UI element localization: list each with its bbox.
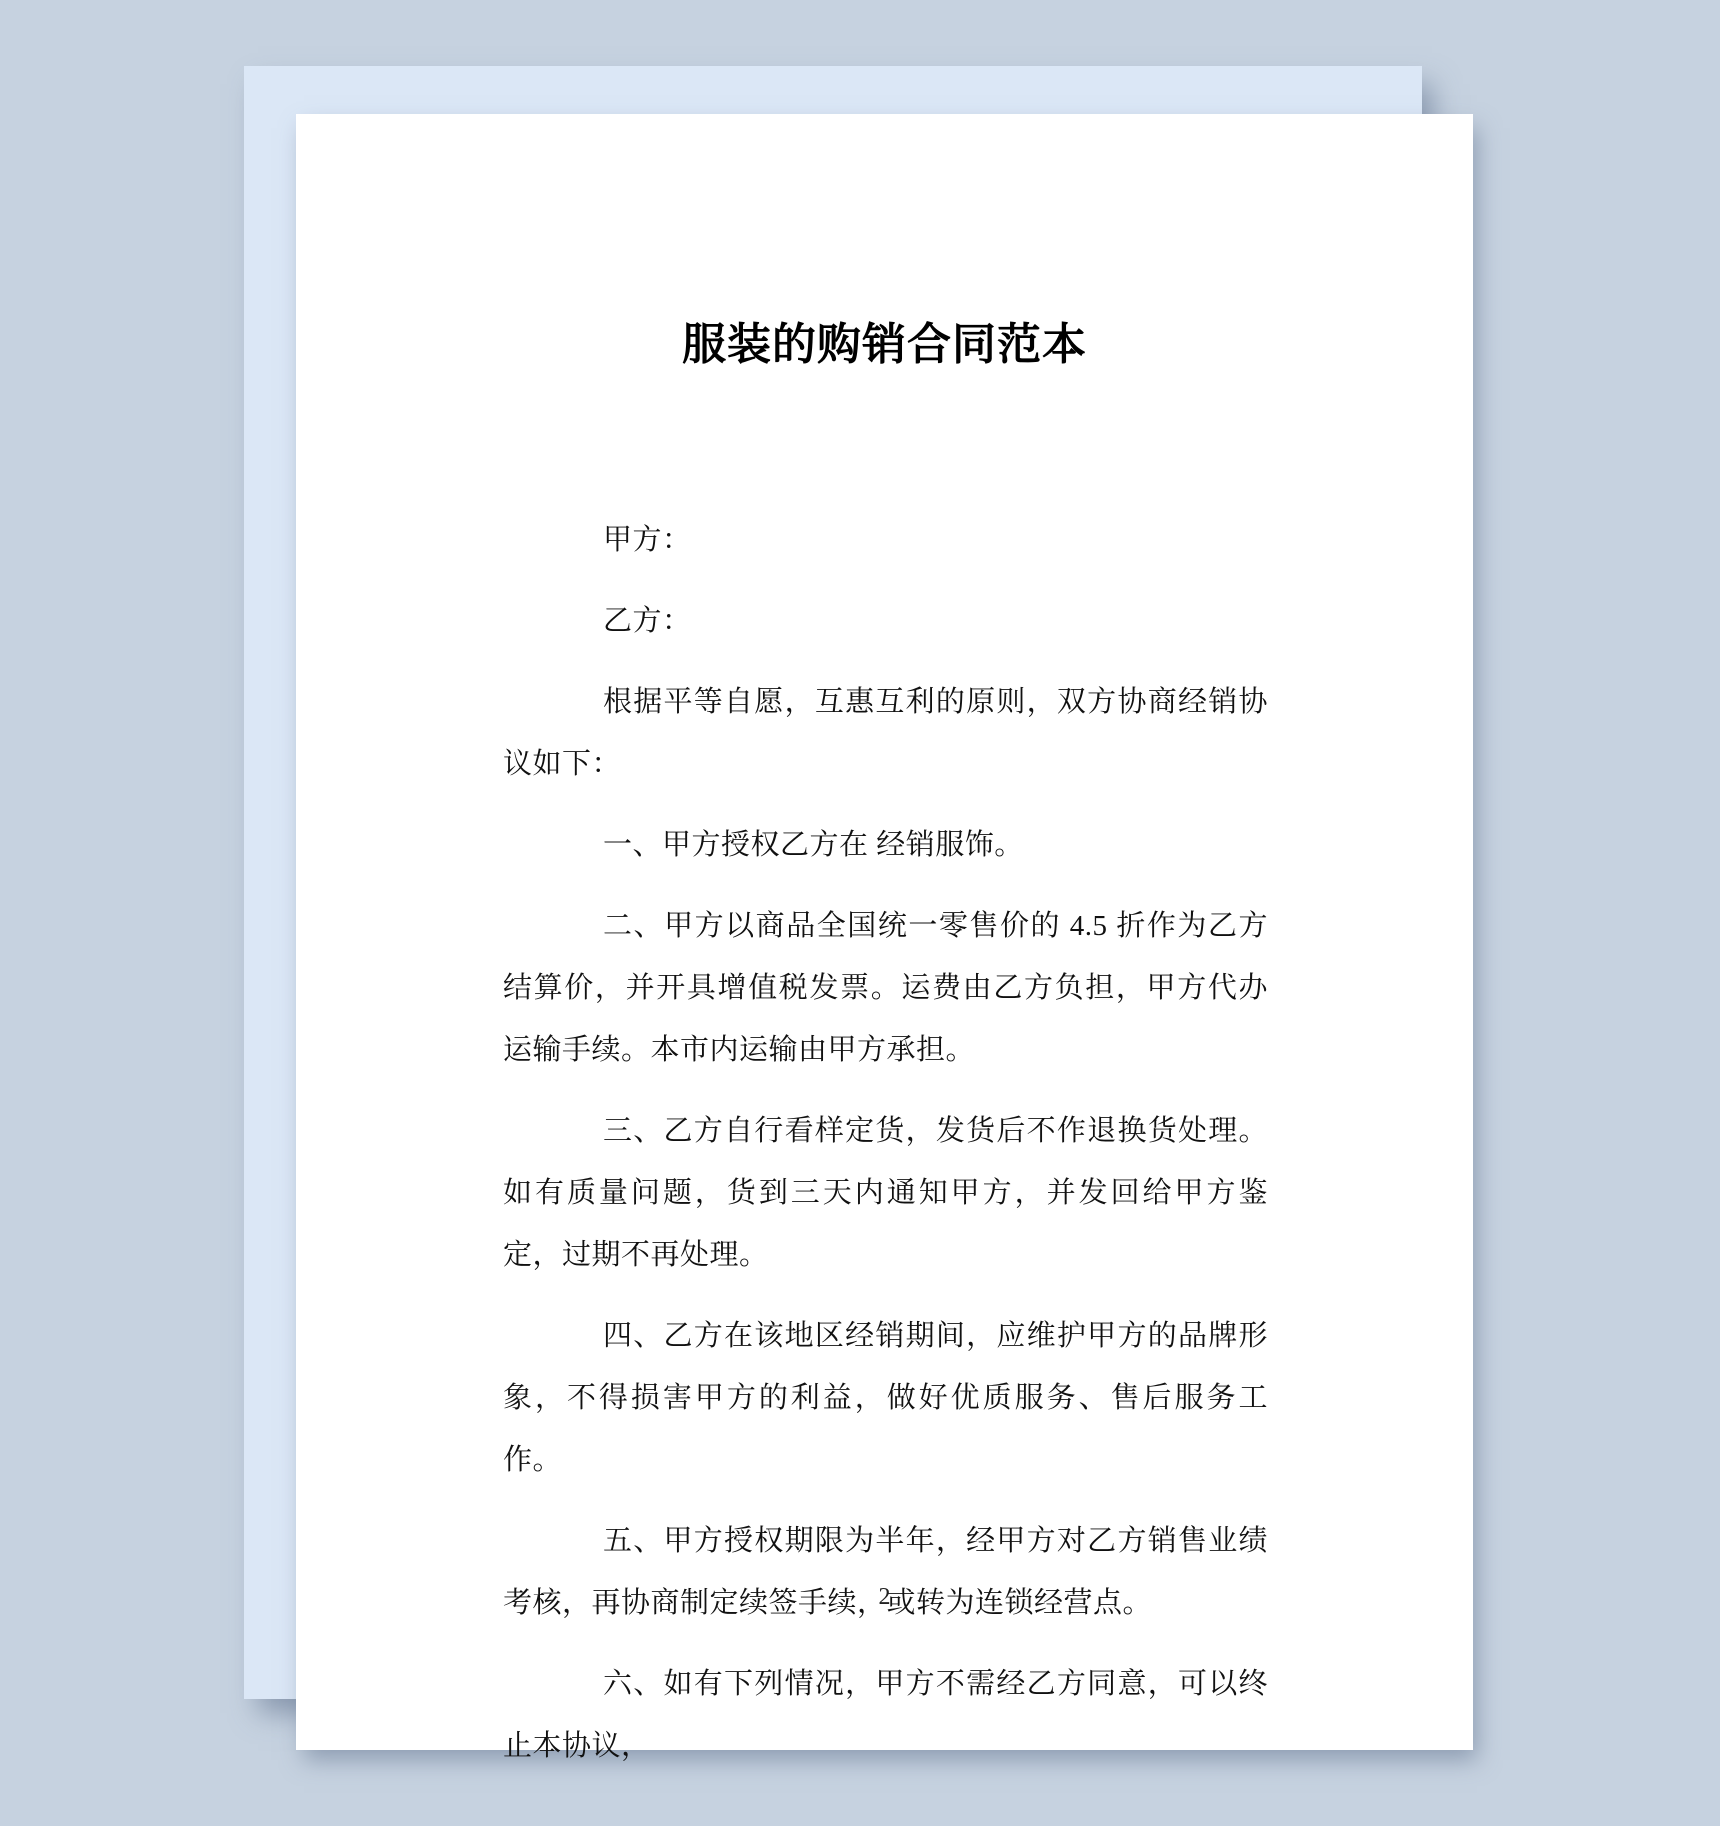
paragraph: 六、如有下列情况，甲方不需经乙方同意，可以终止本协议，: [503, 1653, 1268, 1777]
paragraph: 五、甲方授权期限为半年，经甲方对乙方销售业绩考核，再协商制定续签手续，或转为连锁…: [503, 1510, 1268, 1634]
paragraph: 根据平等自愿，互惠互利的原则，双方协商经销协议如下：: [503, 671, 1268, 795]
document-title: 服装的购销合同范本: [296, 314, 1473, 376]
desk-background: 服装的购销合同范本 甲方：乙方：根据平等自愿，互惠互利的原则，双方协商经销协议如…: [0, 0, 1720, 1826]
paragraph: 甲方：: [503, 509, 1268, 571]
paragraph: 三、乙方自行看样定货，发货后不作退换货处理。如有质量问题，货到三天内通知甲方，并…: [503, 1100, 1268, 1286]
paragraph: 乙方：: [503, 590, 1268, 652]
paragraph: 一、甲方授权乙方在 经销服饰。: [503, 814, 1268, 876]
page-number: 2: [296, 1582, 1473, 1612]
paragraph: 四、乙方在该地区经销期间，应维护甲方的品牌形象，不得损害甲方的利益，做好优质服务…: [503, 1305, 1268, 1491]
paragraph: 二、甲方以商品全国统一零售价的 4.5 折作为乙方结算价，并开具增值税发票。运费…: [503, 895, 1268, 1081]
document-page: 服装的购销合同范本 甲方：乙方：根据平等自愿，互惠互利的原则，双方协商经销协议如…: [296, 114, 1473, 1750]
